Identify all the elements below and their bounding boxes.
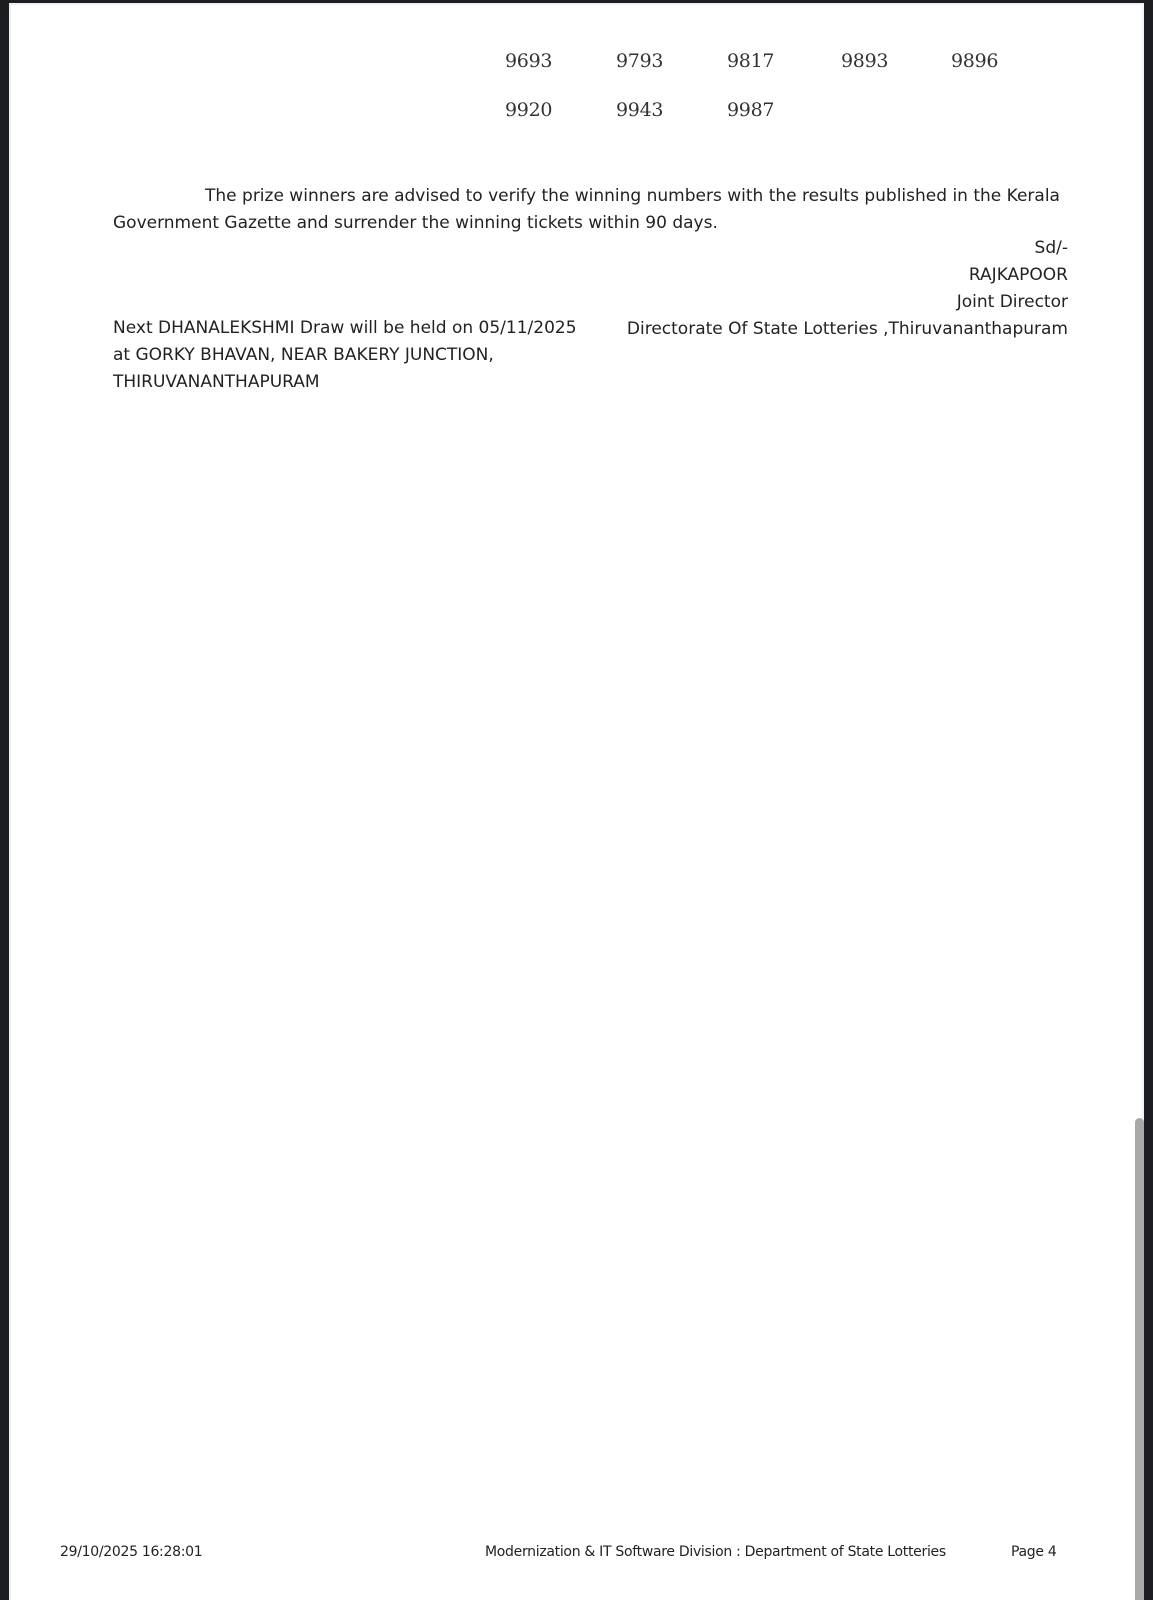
signature-sd: Sd/- xyxy=(627,235,1068,262)
next-draw-line-3: THIRUVANANTHAPURAM xyxy=(113,369,577,396)
next-draw-line-2: at GORKY BHAVAN, NEAR BAKERY JUNCTION, xyxy=(113,342,577,369)
winning-number: 9943 xyxy=(616,99,663,121)
signatory-designation: Joint Director xyxy=(627,289,1068,316)
winning-number: 9896 xyxy=(951,50,998,72)
winning-number: 9693 xyxy=(505,50,552,72)
next-draw-line-1: Next DHANALEKSHMI Draw will be held on 0… xyxy=(113,315,577,342)
document-page: 9693 9793 9817 9893 9896 9920 9943 9987 … xyxy=(9,3,1144,1600)
winning-number: 9793 xyxy=(616,50,663,72)
footer-timestamp: 29/10/2025 16:28:01 xyxy=(60,1544,202,1560)
signature-block: Sd/- RAJKAPOOR Joint Director Directorat… xyxy=(627,235,1068,343)
advisory-paragraph: The prize winners are advised to verify … xyxy=(113,183,1073,237)
winning-number: 9817 xyxy=(727,50,774,72)
signatory-office: Directorate Of State Lotteries ,Thiruvan… xyxy=(627,316,1068,343)
document-viewer: 9693 9793 9817 9893 9896 9920 9943 9987 … xyxy=(0,0,1153,1600)
signatory-name: RAJKAPOOR xyxy=(627,262,1068,289)
advisory-line-1: The prize winners are advised to verify … xyxy=(113,183,1073,210)
footer-page-number: Page 4 xyxy=(1011,1544,1056,1560)
scrollbar-thumb[interactable] xyxy=(1135,1118,1144,1600)
footer-division: Modernization & IT Software Division : D… xyxy=(485,1544,946,1560)
advisory-line-2: Government Gazette and surrender the win… xyxy=(113,210,1073,237)
winning-number: 9920 xyxy=(505,99,552,121)
winning-number: 9893 xyxy=(841,50,888,72)
next-draw-info: Next DHANALEKSHMI Draw will be held on 0… xyxy=(113,315,577,396)
winning-number: 9987 xyxy=(727,99,774,121)
